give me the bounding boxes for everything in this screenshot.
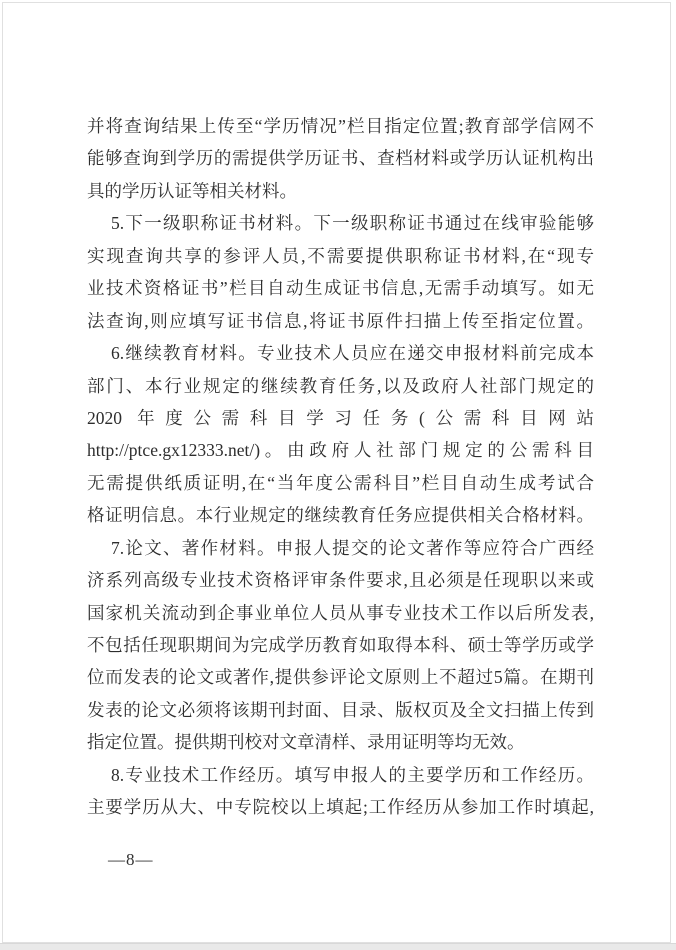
document-page: 并将查询结果上传至“学历情况”栏目指定位置;教育部学信网不能够查询到学历的需提供… [2, 2, 671, 943]
text-line: 法查询,则应填写证书信息,将证书原件扫描上传至指定位置。 [87, 305, 594, 337]
text-line: 济系列高级专业技术资格评审条件要求,且必须是任现职以来或 [87, 564, 594, 596]
text-line: 2020 年度公需科目学习任务(公需科目网站 [87, 402, 594, 434]
text-line: 能够查询到学历的需提供学历证书、查档材料或学历认证机构出 [87, 142, 594, 174]
page-bottom-edge [0, 943, 676, 950]
text-line: 无需提供纸质证明,在“当年度公需科目”栏目自动生成考试合 [87, 467, 594, 499]
text-line: 8.专业技术工作经历。填写申报人的主要学历和工作经历。 [87, 759, 594, 791]
text-line: 国家机关流动到企事业单位人员从事专业技术工作以后所发表, [87, 597, 594, 629]
text-line: 并将查询结果上传至“学历情况”栏目指定位置;教育部学信网不 [87, 110, 594, 142]
text-line: 7.论文、著作材料。申报人提交的论文著作等应符合广西经 [87, 532, 594, 564]
page-number: —8— [108, 850, 154, 870]
text-line: 具的学历认证等相关材料。 [87, 175, 594, 207]
text-line: 部门、本行业规定的继续教育任务,以及政府人社部门规定的 [87, 370, 594, 402]
document-body: 并将查询结果上传至“学历情况”栏目指定位置;教育部学信网不能够查询到学历的需提供… [87, 110, 594, 824]
text-line: 5.下一级职称证书材料。下一级职称证书通过在线审验能够 [87, 207, 594, 239]
text-line: 不包括任现职期间为完成学历教育如取得本科、硕士等学历或学 [87, 629, 594, 661]
text-line: 指定位置。提供期刊校对文章清样、录用证明等均无效。 [87, 726, 594, 758]
text-line: 格证明信息。本行业规定的继续教育任务应提供相关合格材料。 [87, 499, 594, 531]
text-line: 6.继续教育材料。专业技术人员应在递交申报材料前完成本 [87, 337, 594, 369]
text-line: 实现查询共享的参评人员,不需要提供职称证书材料,在“现专 [87, 240, 594, 272]
text-line: 主要学历从大、中专院校以上填起;工作经历从参加工作时填起, [87, 791, 594, 823]
text-line: 业技术资格证书”栏目自动生成证书信息,无需手动填写。如无 [87, 272, 594, 304]
text-line: http://ptce.gx12333.net/)。由政府人社部门规定的公需科目 [87, 434, 594, 466]
text-line: 位而发表的论文或著作,提供参评论文原则上不超过5篇。在期刊 [87, 661, 594, 693]
text-line: 发表的论文必须将该期刊封面、目录、版权页及全文扫描上传到 [87, 694, 594, 726]
